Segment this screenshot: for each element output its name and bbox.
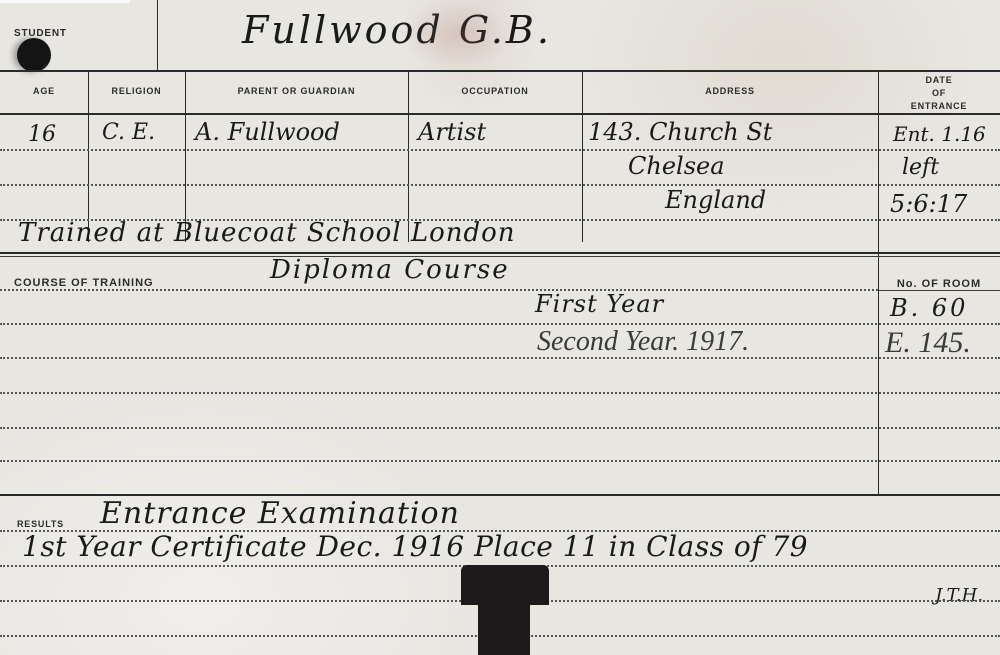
occupation-value: Artist bbox=[418, 118, 486, 146]
address-line: 143. Church St bbox=[588, 118, 772, 146]
filing-notch bbox=[478, 600, 530, 655]
rule bbox=[0, 113, 1000, 115]
entrance-date: Ent. 1.16 bbox=[893, 122, 986, 146]
room-number: B. 60 bbox=[890, 294, 968, 322]
age-value: 16 bbox=[28, 122, 56, 147]
column-header-age: AGE bbox=[0, 86, 88, 96]
results-label: RESULTS bbox=[17, 519, 64, 529]
column-header-address: ADDRESS bbox=[582, 86, 878, 96]
student-record-card: STUDENT Fullwood G.B. AGE RELIGION PAREN… bbox=[0, 0, 1000, 655]
filing-notch bbox=[461, 565, 549, 605]
column-header-occupation: OCCUPATION bbox=[408, 86, 582, 96]
dotted-rule bbox=[0, 392, 1000, 394]
course-line: Second Year. 1917. bbox=[537, 326, 749, 358]
column-header-parent: PARENT OR GUARDIAN bbox=[185, 86, 408, 96]
dotted-rule bbox=[0, 460, 1000, 462]
stain bbox=[400, 0, 510, 70]
column-header-date-of-entrance: DATE OF ENTRANCE bbox=[878, 74, 1000, 113]
divider bbox=[408, 70, 409, 242]
left-date: 5:6:17 bbox=[890, 190, 967, 218]
rule bbox=[0, 70, 1000, 72]
course-line: Diploma Course bbox=[270, 255, 510, 285]
address-line: England bbox=[665, 186, 766, 214]
results-line: 1st Year Certificate Dec. 1916 Place 11 … bbox=[22, 530, 808, 563]
dotted-rule bbox=[0, 357, 1000, 359]
address-line: Chelsea bbox=[628, 152, 725, 180]
initials: J.T.H. bbox=[935, 585, 983, 606]
dotted-rule bbox=[0, 289, 878, 291]
rule bbox=[878, 290, 1000, 291]
course-line: First Year bbox=[535, 290, 664, 318]
room-number: E. 145. bbox=[885, 326, 971, 360]
religion-value: C. E. bbox=[102, 120, 155, 145]
divider bbox=[157, 0, 158, 70]
results-line: Entrance Examination bbox=[100, 496, 460, 531]
column-header-religion: RELIGION bbox=[88, 86, 185, 96]
dotted-rule bbox=[0, 184, 1000, 186]
left-label: left bbox=[902, 155, 939, 180]
punch-hole bbox=[17, 38, 51, 72]
student-label: STUDENT bbox=[14, 28, 67, 39]
course-label: COURSE OF TRAINING bbox=[14, 277, 154, 289]
date-header-line: OF bbox=[878, 87, 1000, 100]
room-label: No. OF ROOM bbox=[878, 278, 1000, 290]
previous-school: Trained at Bluecoat School London bbox=[18, 218, 516, 248]
divider bbox=[185, 70, 186, 242]
rule bbox=[0, 252, 1000, 254]
dotted-rule bbox=[0, 323, 1000, 325]
divider bbox=[582, 70, 583, 242]
divider bbox=[88, 70, 89, 242]
dotted-rule bbox=[0, 149, 1000, 151]
date-header-line: DATE bbox=[878, 74, 1000, 87]
card-edge bbox=[0, 0, 130, 3]
dotted-rule bbox=[0, 427, 1000, 429]
dotted-rule bbox=[0, 530, 1000, 532]
date-header-line: ENTRANCE bbox=[878, 100, 1000, 113]
parent-value: A. Fullwood bbox=[195, 118, 340, 146]
